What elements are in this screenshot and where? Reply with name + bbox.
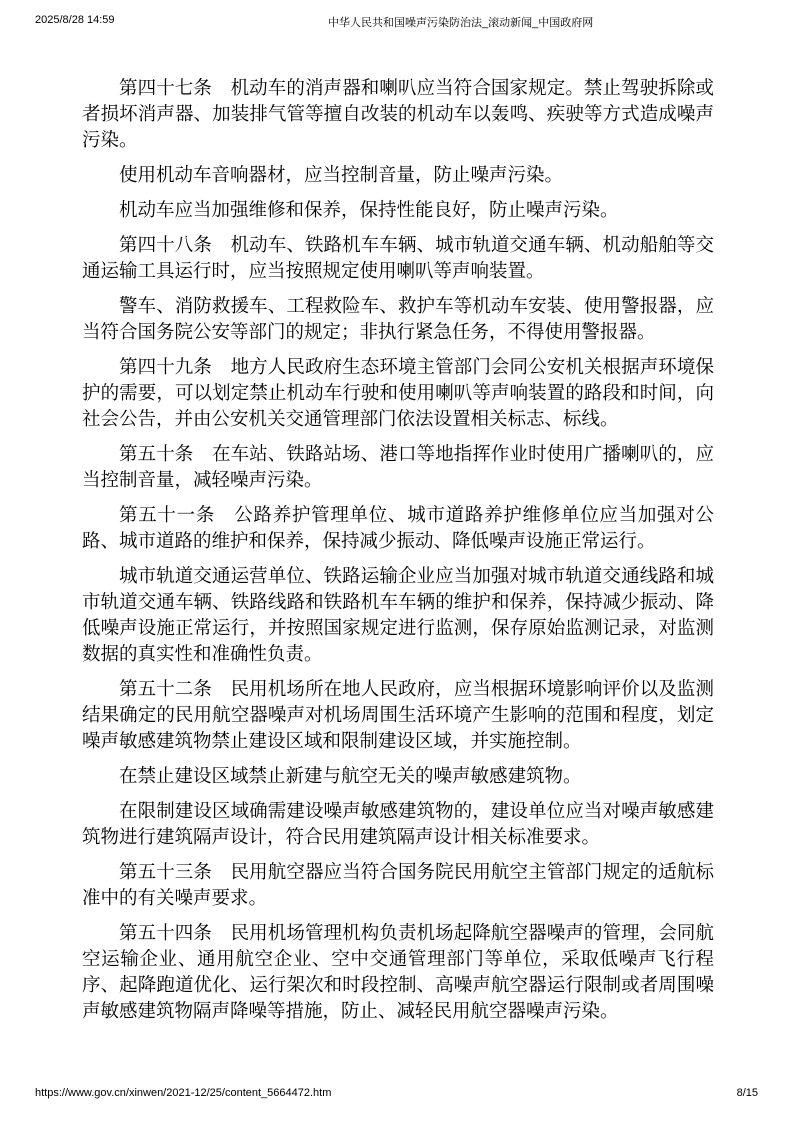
law-paragraph: 在禁止建设区域禁止新建与航空无关的噪声敏感建筑物。 — [82, 764, 714, 790]
law-paragraph: 第五十三条 民用航空器应当符合国务院民用航空主管部门规定的适航标准中的有关噪声要… — [82, 860, 714, 912]
law-paragraph: 第四十八条 机动车、铁路机车车辆、城市轨道交通车辆、机动船舶等交通运输工具运行时… — [82, 233, 714, 285]
law-paragraph: 第五十二条 民用机场所在地人民政府，应当根据环境影响评价以及监测结果确定的民用航… — [82, 677, 714, 755]
print-footer-page-number: 8/15 — [737, 1087, 758, 1099]
law-paragraph: 第四十七条 机动车的消声器和喇叭应当符合国家规定。禁止驾驶拆除或者损坏消声器、加… — [82, 76, 714, 154]
print-header-title: 中华人民共和国噪声污染防治法_滚动新闻_中国政府网 — [328, 14, 593, 30]
printed-page: 2025/8/28 14:59 中华人民共和国噪声污染防治法_滚动新闻_中国政府… — [0, 0, 793, 1122]
law-paragraph: 第五十四条 民用机场管理机构负责机场起降航空器噪声的管理，会同航空运输企业、通用… — [82, 921, 714, 1025]
print-footer-url: https://www.gov.cn/xinwen/2021-12/25/con… — [35, 1087, 331, 1099]
print-header-datetime: 2025/8/28 14:59 — [35, 14, 115, 26]
law-paragraph: 第五十一条 公路养护管理单位、城市道路养护维修单位应当加强对公路、城市道路的维护… — [82, 503, 714, 555]
law-paragraph: 第四十九条 地方人民政府生态环境主管部门会同公安机关根据声环境保护的需要，可以划… — [82, 355, 714, 433]
law-paragraph: 城市轨道交通运营单位、铁路运输企业应当加强对城市轨道交通线路和城市轨道交通车辆、… — [82, 564, 714, 668]
law-paragraph: 使用机动车音响器材，应当控制音量，防止噪声污染。 — [82, 163, 714, 189]
law-paragraph: 警车、消防救援车、工程救险车、救护车等机动车安装、使用警报器，应当符合国务院公安… — [82, 294, 714, 346]
law-paragraph: 在限制建设区域确需建设噪声敏感建筑物的，建设单位应当对噪声敏感建筑物进行建筑隔声… — [82, 799, 714, 851]
law-paragraph: 第五十条 在车站、铁路站场、港口等地指挥作业时使用广播喇叭的，应当控制音量，减轻… — [82, 442, 714, 494]
document-body: 第四十七条 机动车的消声器和喇叭应当符合国家规定。禁止驾驶拆除或者损坏消声器、加… — [82, 76, 714, 1034]
law-paragraph: 机动车应当加强维修和保养，保持性能良好，防止噪声污染。 — [82, 198, 714, 224]
